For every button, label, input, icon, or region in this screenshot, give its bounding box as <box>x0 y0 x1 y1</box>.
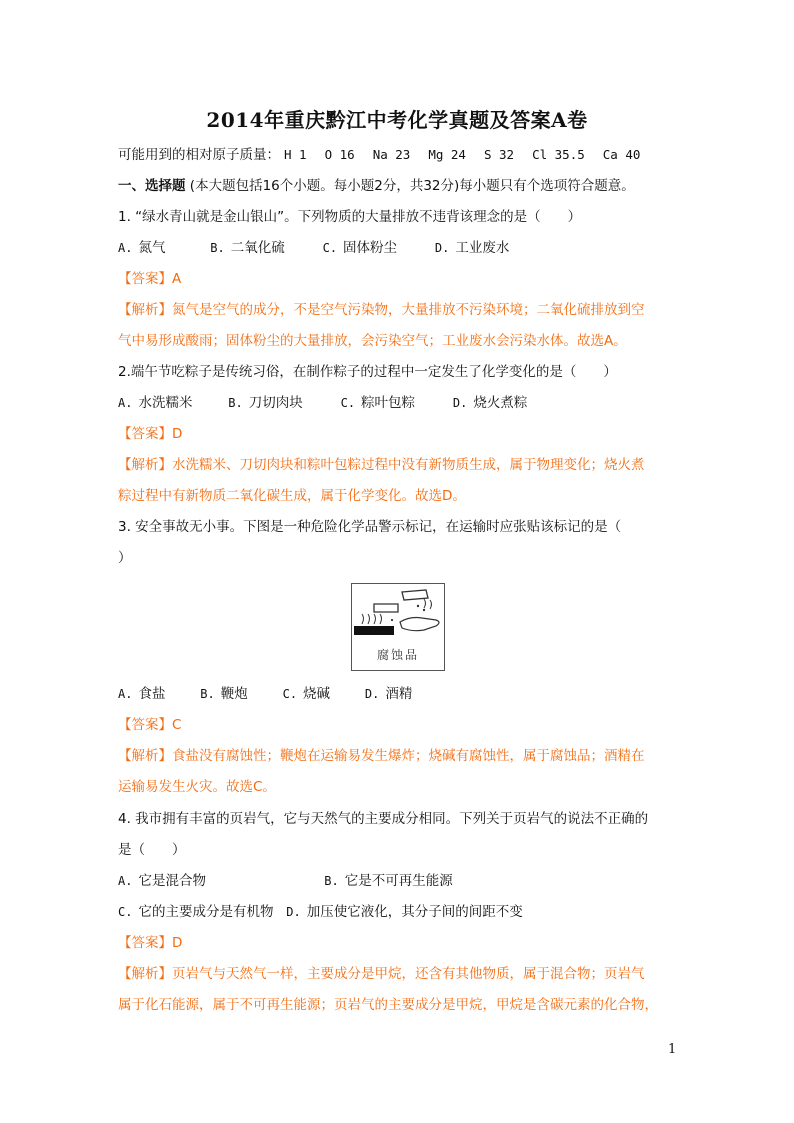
section-description: (本大题包括16个小题。每小题2分，共32分)每小题只有个选项符合题意。 <box>190 178 635 194</box>
option-c: C.烧碱 <box>283 685 361 703</box>
question-1-answer: 【答案】A <box>118 270 181 288</box>
question-4-answer: 【答案】D <box>118 934 182 952</box>
question-4-analysis-line: 【解析】页岩气与天然气一样，主要成分是甲烷，还含有其他物质，属于混合物；页岩气 <box>118 965 645 983</box>
question-4-analysis-line: 属于化石能源，属于不可再生能源；页岩气的主要成分是甲烷，甲烷是含碳元素的化合物， <box>118 996 658 1014</box>
question-1-stem: 1. “绿水青山就是金山银山”。下列物质的大量排放不违背该理念的是（ ） <box>118 208 581 226</box>
corrosive-warning-sign: 腐蚀品 <box>351 583 445 671</box>
document-title: 2014年重庆黔江中考化学真题及答案A卷 <box>0 104 794 133</box>
document-page: 2014年重庆黔江中考化学真题及答案A卷 可能用到的相对原子质量：H 1O 16… <box>0 0 794 1123</box>
option-b: B.鞭炮 <box>200 685 278 703</box>
option-c: C.固体粉尘 <box>323 239 431 257</box>
question-4-options-row-1: A.它是混合物 B.它是不可再生能源 <box>118 872 453 890</box>
question-4-options-row-2: C.它的主要成分是有机物 D.加压使它液化，其分子间的间距不变 <box>118 903 523 921</box>
question-2-options: A.水洗糯米 B.刀切肉块 C.粽叶包粽 D.烧火煮粽 <box>118 394 527 412</box>
page-number: 1 <box>668 1042 676 1057</box>
atomic-mass: Ca 40 <box>603 146 641 164</box>
option-b: B.它是不可再生能源 <box>324 872 452 890</box>
question-3-options: A.食盐 B.鞭炮 C.烧碱 D.酒精 <box>118 685 412 703</box>
option-b: B.二氧化硫 <box>210 239 318 257</box>
atomic-mass: O 16 <box>325 146 355 164</box>
option-c: C.它的主要成分是有机物 <box>118 903 282 921</box>
question-2-answer: 【答案】D <box>118 425 182 443</box>
option-d: D.工业废水 <box>435 239 509 257</box>
atomic-mass: Cl 35.5 <box>532 146 585 164</box>
option-c: C.粽叶包粽 <box>341 394 449 412</box>
option-a: A.水洗糯米 <box>118 394 224 412</box>
figure-label: 腐蚀品 <box>352 646 444 663</box>
option-d: D.加压使它液化，其分子间的间距不变 <box>286 903 522 921</box>
question-1-analysis-line: 【解析】氮气是空气的成分，不是空气污染物，大量排放不污染环境；二氧化硫排放到空 <box>118 301 645 319</box>
option-a: A.它是混合物 <box>118 872 320 890</box>
question-3-analysis-line: 运输易发生火灾。故选C。 <box>118 778 276 796</box>
atomic-mass: H 1 <box>284 146 307 164</box>
atomic-masses-line: 可能用到的相对原子质量：H 1O 16Na 23Mg 24S 32Cl 35.5… <box>118 146 658 164</box>
option-b: B.刀切肉块 <box>228 394 336 412</box>
question-3-analysis-line: 【解析】食盐没有腐蚀性；鞭炮在运输易发生爆炸；烧碱有腐蚀性，属于腐蚀品；酒精在 <box>118 747 645 765</box>
atomic-mass: Na 23 <box>373 146 411 164</box>
question-2-analysis-line: 【解析】水洗糯米、刀切肉块和粽叶包粽过程中没有新物质生成，属于物理变化；烧火煮 <box>118 456 645 474</box>
atomic-masses-label: 可能用到的相对原子质量： <box>118 146 280 164</box>
option-a: A.氮气 <box>118 239 206 257</box>
question-1-analysis-line: 气中易形成酸雨；固体粉尘的大量排放，会污染空气；工业废水会污染水体。故选A。 <box>118 332 627 350</box>
question-2-stem: 2.端午节吃粽子是传统习俗，在制作粽子的过程中一定发生了化学变化的是（ ） <box>118 363 617 381</box>
option-a: A.食盐 <box>118 685 196 703</box>
question-4-stem: 4. 我市拥有丰富的页岩气，它与天然气的主要成分相同。下列关于页岩气的说法不正确… <box>118 810 648 828</box>
atomic-mass: Mg 24 <box>428 146 466 164</box>
question-3-answer: 【答案】C <box>118 716 181 734</box>
question-3-stem: 3. 安全事故无小事。下图是一种危险化学品警示标记，在运输时应张贴该标记的是（ <box>118 518 621 536</box>
corrosive-hazard-icon <box>352 584 444 644</box>
atomic-mass: S 32 <box>484 146 514 164</box>
question-1-options: A.氮气 B.二氧化硫 C.固体粉尘 D.工业废水 <box>118 239 509 257</box>
section-number: 一、 <box>118 178 145 194</box>
question-3-stem-continued: ） <box>118 549 132 567</box>
section-name: 选择题 <box>145 178 186 194</box>
option-d: D.酒精 <box>365 685 412 703</box>
section-heading: 一、选择题 (本大题包括16个小题。每小题2分，共32分)每小题只有个选项符合题… <box>118 177 635 195</box>
option-d: D.烧火煮粽 <box>453 394 527 412</box>
question-2-analysis-line: 粽过程中有新物质二氧化碳生成，属于化学变化。故选D。 <box>118 487 466 505</box>
question-4-stem-continued: 是（ ） <box>118 841 186 859</box>
